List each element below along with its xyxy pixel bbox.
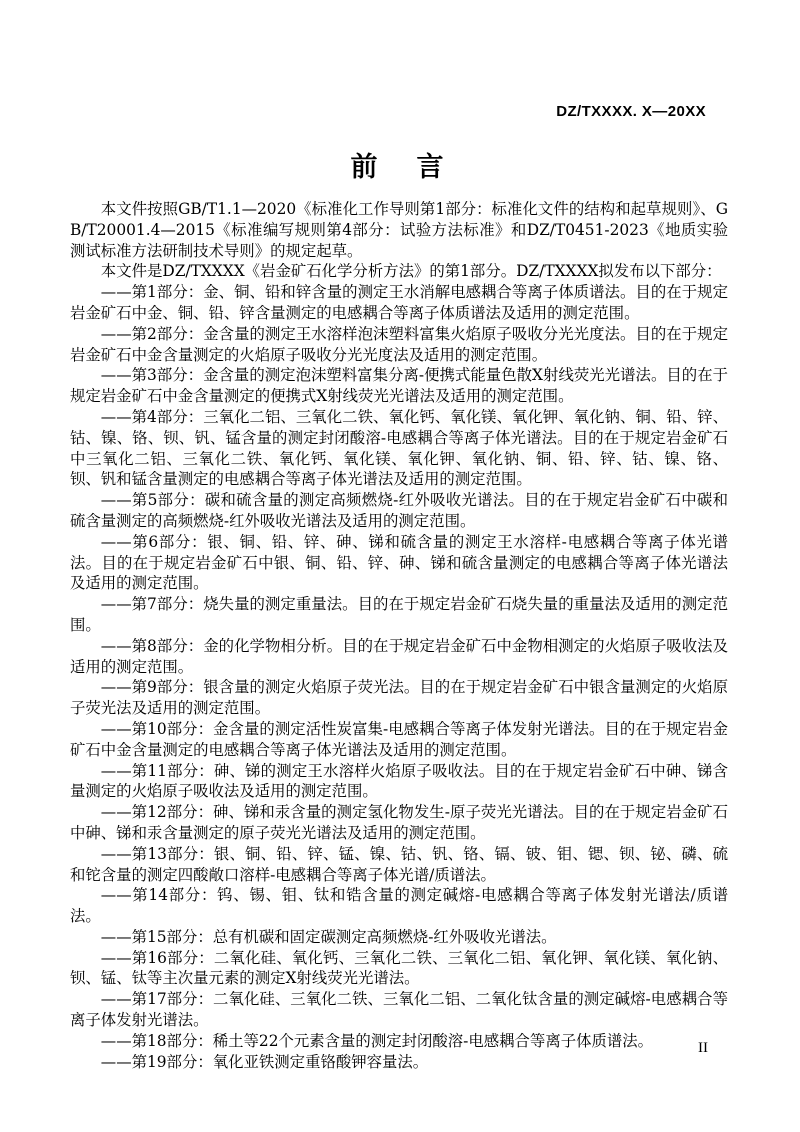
foreword-part-item: ——第19部分：氧化亚铁测定重铬酸钾容量法。 xyxy=(70,1052,728,1073)
foreword-part-item: ——第6部分：银、铜、铅、锌、砷、锑和硫含量的测定王水溶样-电感耦合等离子体光谱… xyxy=(70,532,728,594)
foreword-part-item: ——第9部分：银含量的测定火焰原子荧光法。目的在于规定岩金矿石中银含量测定的火焰… xyxy=(70,677,728,719)
foreword-part-item: ——第10部分：金含量的测定活性炭富集-电感耦合等离子体发射光谱法。目的在于规定… xyxy=(70,719,728,761)
foreword-part-item: ——第15部分：总有机碳和固定碳测定高频燃烧-红外吸收光谱法。 xyxy=(70,927,728,948)
foreword-part-item: ——第5部分：碳和硫含量的测定高频燃烧-红外吸收光谱法。目的在于规定岩金矿石中碳… xyxy=(70,490,728,532)
foreword-part-item: ——第14部分：钨、锡、钼、钛和锆含量的测定碱熔-电感耦合等离子体发射光谱法/质… xyxy=(70,885,728,927)
foreword-intro-paragraphs: 本文件按照GB/T1.1—2020《标准化工作导则第1部分：标准化文件的结构和起… xyxy=(70,199,728,282)
page-number: II xyxy=(698,1040,708,1057)
foreword-part-item: ——第8部分：金的化学物相分析。目的在于规定岩金矿石中金物相测定的火焰原子吸收法… xyxy=(70,636,728,678)
foreword-body: 本文件按照GB/T1.1—2020《标准化工作导则第1部分：标准化文件的结构和起… xyxy=(70,199,728,1072)
foreword-part-item: ——第18部分：稀土等22个元素含量的测定封闭酸溶-电感耦合等离子体质谱法。 xyxy=(70,1031,728,1052)
foreword-paragraph: 本文件是DZ/TXXXX《岩金矿石化学分析方法》的第1部分。DZ/TXXXX拟发… xyxy=(70,261,728,282)
foreword-part-item: ——第11部分：砷、锑的测定王水溶样火焰原子吸收法。目的在于规定岩金矿石中砷、锑… xyxy=(70,761,728,803)
foreword-part-item: ——第7部分：烧失量的测定重量法。目的在于规定岩金矿石烧失量的重量法及适用的测定… xyxy=(70,594,728,636)
foreword-part-item: ——第13部分：银、铜、铅、锌、锰、镍、钴、钒、铬、镉、铍、钼、锶、钡、铋、磷、… xyxy=(70,844,728,886)
document-page: DZ/TXXXX. X—20XX 前 言 本文件按照GB/T1.1—2020《标… xyxy=(0,0,800,1132)
foreword-part-item: ——第1部分：金、铜、铅和锌含量的测定王水消解电感耦合等离子体质谱法。目的在于规… xyxy=(70,282,728,324)
foreword-part-item: ——第2部分：金含量的测定王水溶样泡沫塑料富集火焰原子吸收分光光度法。目的在于规… xyxy=(70,324,728,366)
foreword-title: 前 言 xyxy=(0,145,800,184)
standard-number: DZ/TXXXX. X—20XX xyxy=(556,103,706,120)
foreword-part-item: ——第17部分：二氧化硅、三氧化二铁、三氧化二铝、二氧化钛含量的测定碱熔-电感耦… xyxy=(70,989,728,1031)
foreword-parts-list: ——第1部分：金、铜、铅和锌含量的测定王水消解电感耦合等离子体质谱法。目的在于规… xyxy=(70,282,728,1072)
foreword-part-item: ——第12部分：砷、锑和汞含量的测定氢化物发生-原子荧光光谱法。目的在于规定岩金… xyxy=(70,802,728,844)
foreword-part-item: ——第4部分：三氧化二铝、三氧化二铁、氧化钙、氧化镁、氧化钾、氧化钠、铜、铅、锌… xyxy=(70,407,728,490)
foreword-part-item: ——第3部分：金含量的测定泡沫塑料富集分离-便携式能量色散X射线荧光光谱法。目的… xyxy=(70,365,728,407)
foreword-paragraph: 本文件按照GB/T1.1—2020《标准化工作导则第1部分：标准化文件的结构和起… xyxy=(70,199,728,261)
foreword-part-item: ——第16部分：二氧化硅、氧化钙、三氧化二铁、三氧化二铝、氧化钾、氧化镁、氧化钠… xyxy=(70,948,728,990)
